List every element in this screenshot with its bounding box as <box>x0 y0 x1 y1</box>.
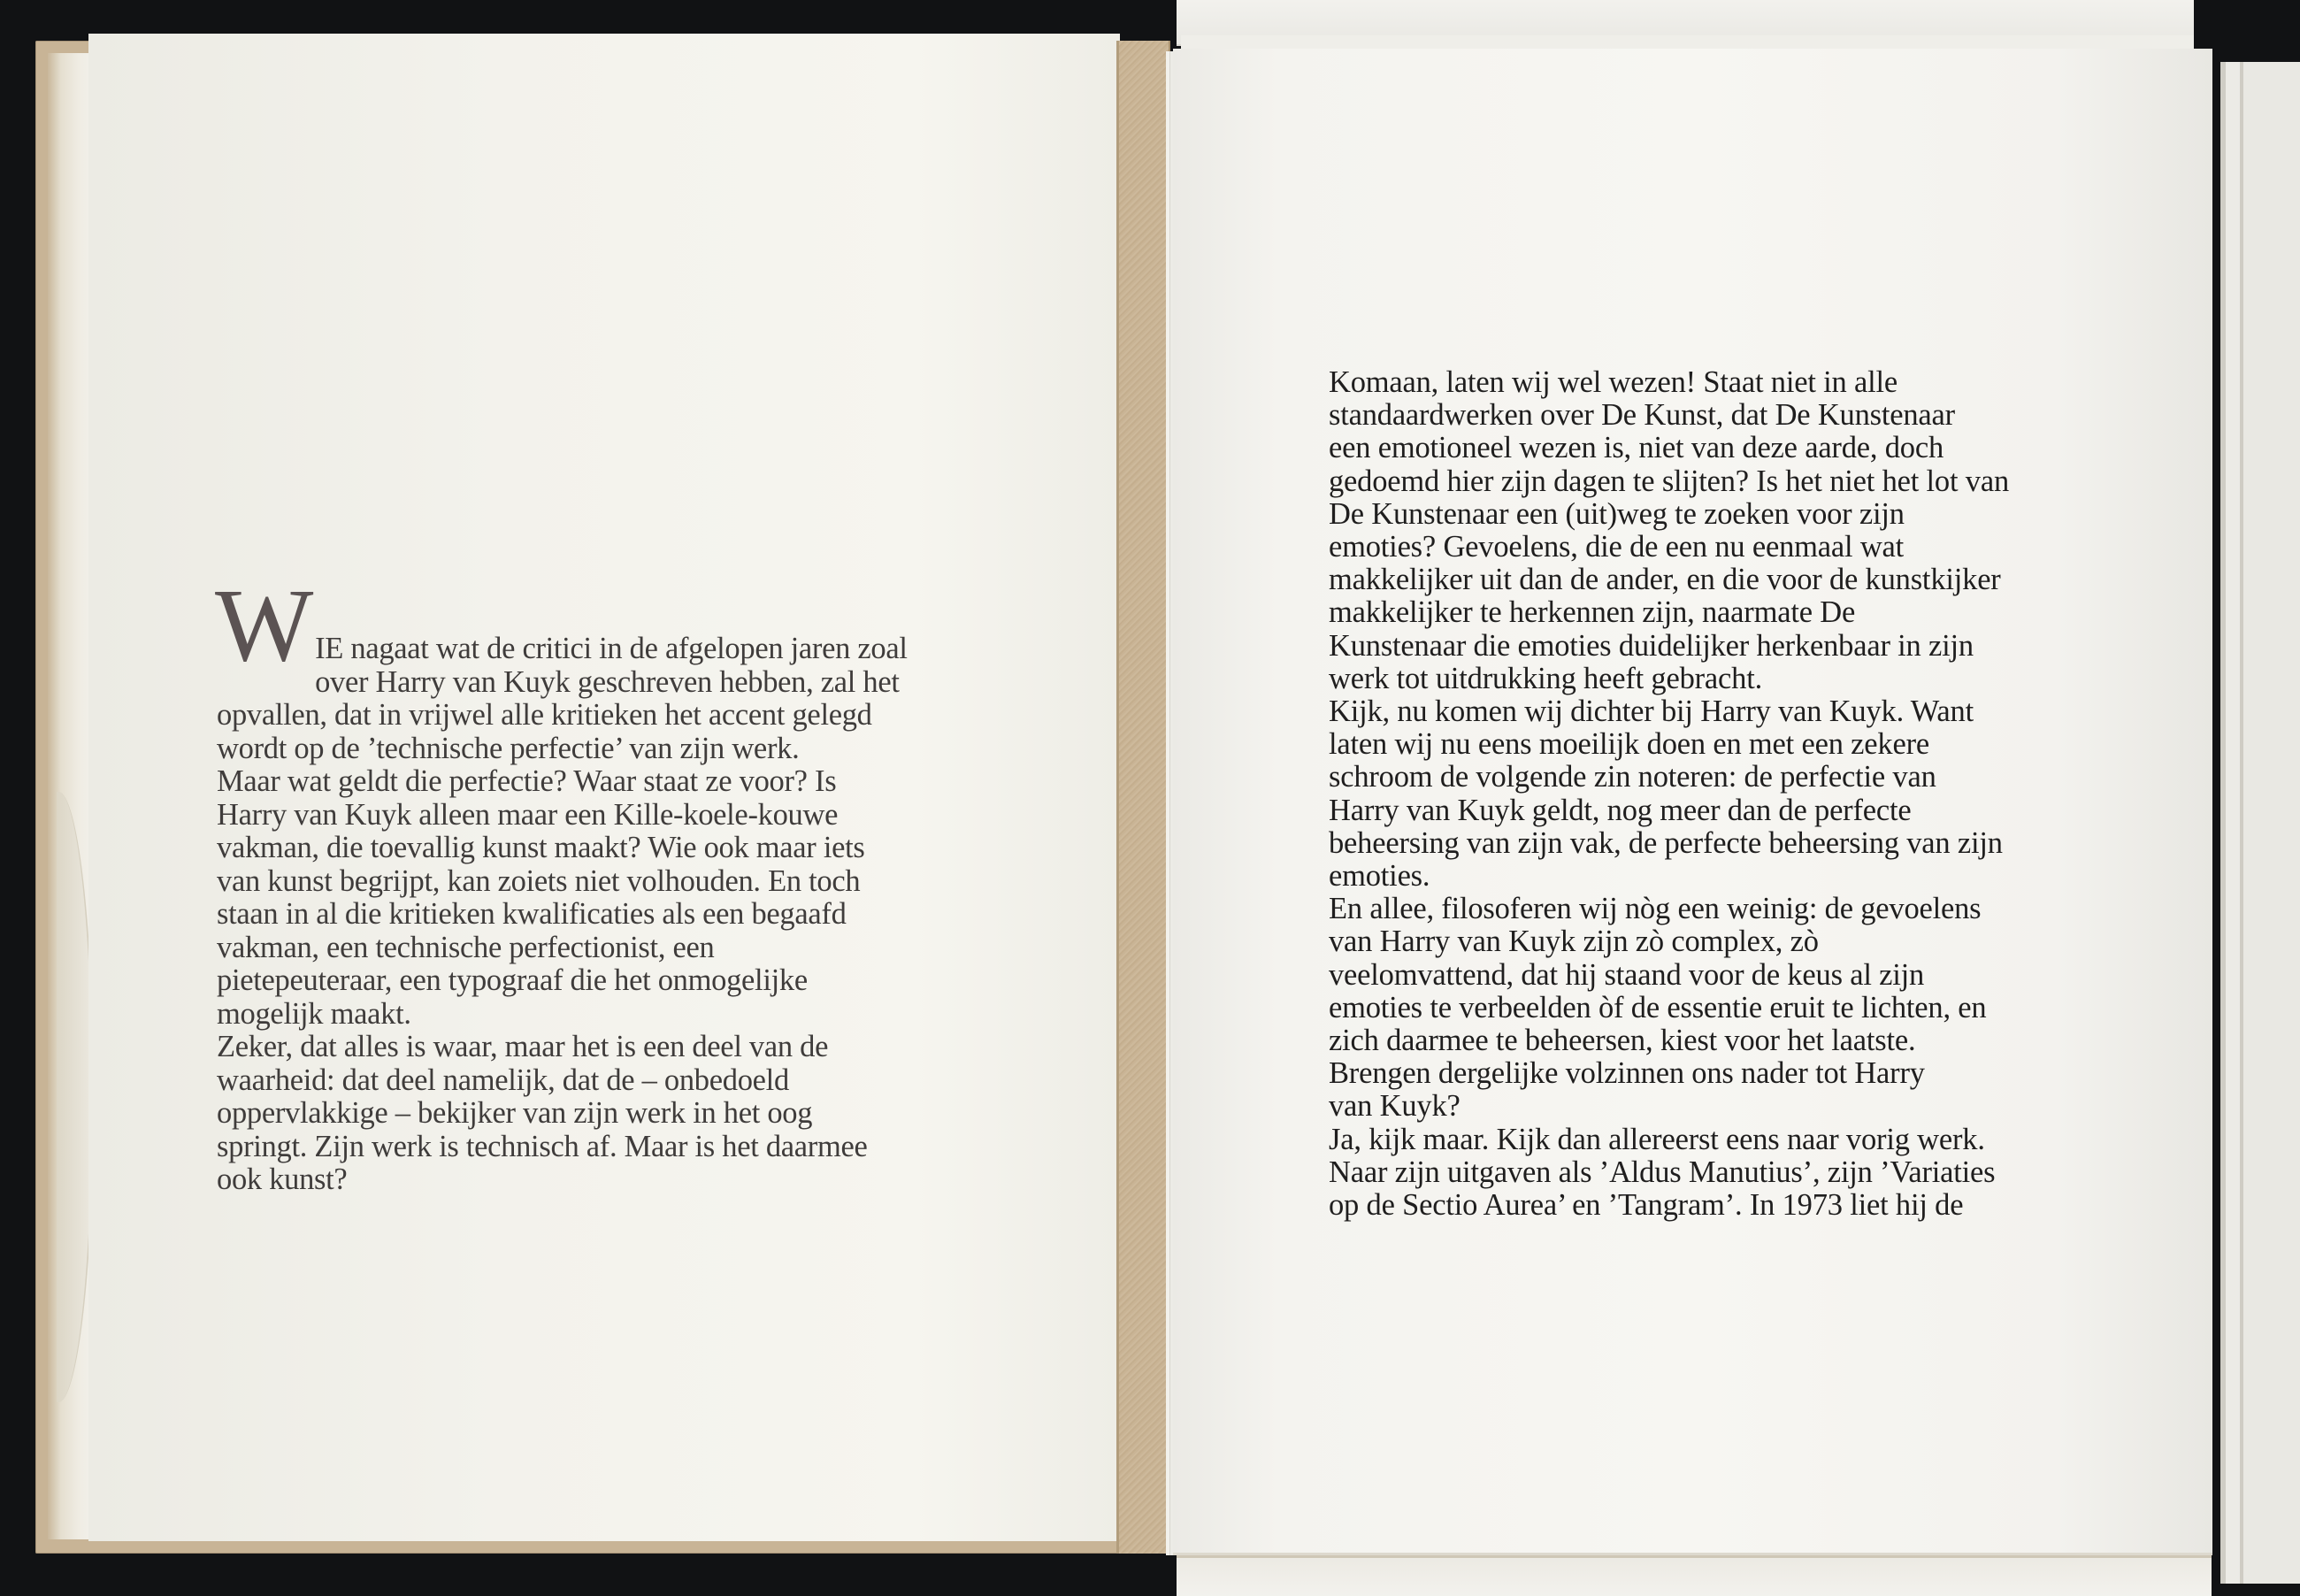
text-line: pietepeuteraar, een typograaf die het on… <box>217 964 942 998</box>
text-line: een emotioneel wezen is, niet van deze a… <box>1329 432 2054 464</box>
text-line: Brengen dergelijke volzinnen ons nader t… <box>1329 1057 2054 1090</box>
text-line: Harry van Kuyk geldt, nog meer dan de pe… <box>1329 794 2054 827</box>
book-spine <box>1116 41 1170 1554</box>
text-line: zich daarmee te beheersen, kiest voor he… <box>1329 1024 2054 1057</box>
text-line: Maar wat geldt die perfectie? Waar staat… <box>217 765 942 799</box>
text-line: staan in al die kritieken kwalificaties … <box>217 898 942 932</box>
text-line: Kijk, nu komen wij dichter bij Harry van… <box>1329 695 2054 728</box>
text-line: Ja, kijk maar. Kijk dan allereerst eens … <box>1329 1124 2054 1156</box>
text-line: standaardwerken over De Kunst, dat De Ku… <box>1329 399 2054 432</box>
text-line: springt. Zijn werk is technisch af. Maar… <box>217 1131 942 1164</box>
text-line: Harry van Kuyk alleen maar een Kille-koe… <box>217 799 942 833</box>
right-bottom-flap <box>1177 1555 2212 1596</box>
text-line: emoties. <box>1329 860 2054 893</box>
text-line: mogelijk maakt. <box>217 998 942 1032</box>
text-line: waarheid: dat deel namelijk, dat de – on… <box>217 1064 942 1098</box>
drop-cap: W <box>215 581 313 675</box>
text-line: opvallen, dat in vrijwel alle kritieken … <box>217 699 942 733</box>
text-line: schroom de volgende zin noteren: de perf… <box>1329 761 2054 794</box>
text-line: gedoemd hier zijn dagen te slijten? Is h… <box>1329 465 2054 498</box>
text-line: vakman, een technische perfectionist, ee… <box>217 932 942 965</box>
text-line: wordt op de ’technische perfectie’ van z… <box>217 733 942 766</box>
text-line: En allee, filosoferen wij nòg een weinig… <box>1329 893 2054 925</box>
text-line: veelomvattend, dat hij staand voor de ke… <box>1329 959 2054 992</box>
text-line: emoties te verbeelden òf de essentie eru… <box>1329 992 2054 1024</box>
text-line: op de Sectio Aurea’ en ’Tangram’. In 197… <box>1329 1189 2054 1222</box>
text-line: makkelijker te herkennen zijn, naarmate … <box>1329 596 2054 629</box>
text-line: werk tot uitdrukking heeft gebracht. <box>1329 663 2054 695</box>
text-line: ook kunst? <box>217 1163 942 1197</box>
right-page-text: Komaan, laten wij wel wezen! Staat niet … <box>1329 366 2054 1222</box>
left-page-text: W IE nagaat wat de critici in de afgelop… <box>217 579 942 1197</box>
right-edge-sheets <box>2220 62 2300 1584</box>
text-line: beheersing van zijn vak, de perfecte beh… <box>1329 827 2054 860</box>
text-line: Zeker, dat alles is waar, maar het is ee… <box>217 1031 942 1064</box>
text-line: oppervlakkige – bekijker van zijn werk i… <box>217 1097 942 1131</box>
text-line: IE nagaat wat de critici in de afgelopen… <box>217 633 942 666</box>
text-line: laten wij nu eens moeilijk doen en met e… <box>1329 728 2054 761</box>
text-line: van Kuyk? <box>1329 1090 2054 1123</box>
text-line: Naar zijn uitgaven als ’Aldus Manutius’,… <box>1329 1156 2054 1189</box>
text-line: Kunstenaar die emoties duidelijker herke… <box>1329 630 2054 663</box>
text-line: over Harry van Kuyk geschreven hebben, z… <box>217 666 942 700</box>
text-line: van kunst begrijpt, kan zoiets niet volh… <box>217 865 942 899</box>
text-line: De Kunstenaar een (uit)weg te zoeken voo… <box>1329 498 2054 531</box>
text-line: van Harry van Kuyk zijn zò complex, zò <box>1329 925 2054 958</box>
text-line: Komaan, laten wij wel wezen! Staat niet … <box>1329 366 2054 399</box>
text-line: vakman, die toevallig kunst maakt? Wie o… <box>217 832 942 865</box>
text-line: emoties? Gevoelens, die de een nu eenmaa… <box>1329 531 2054 564</box>
text-line: makkelijker uit dan de ander, en die voo… <box>1329 564 2054 596</box>
drop-cap-spacer <box>217 579 942 633</box>
